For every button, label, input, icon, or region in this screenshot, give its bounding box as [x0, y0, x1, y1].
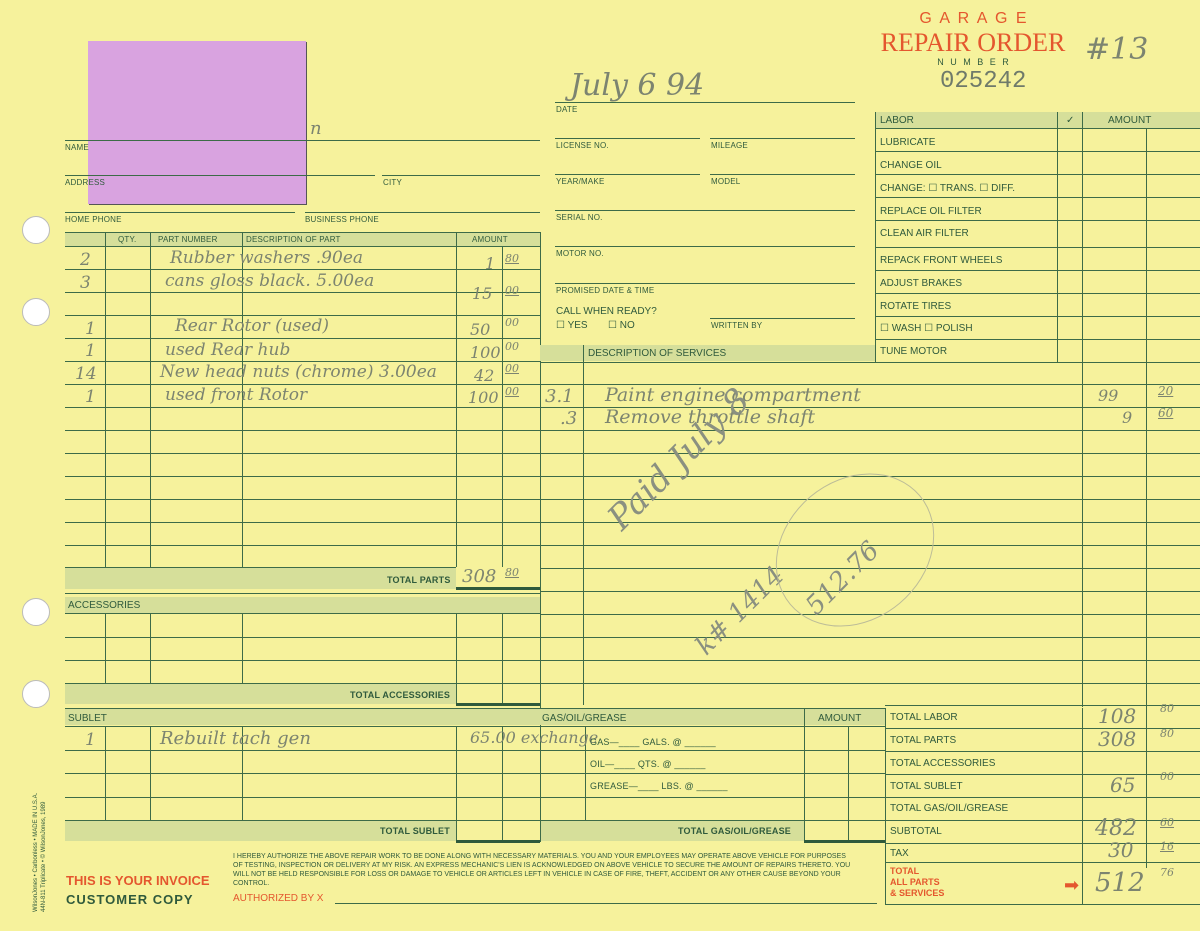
total-parts-label: TOTAL PARTS	[387, 575, 451, 585]
qty-cell: 1	[85, 730, 96, 750]
oil-line[interactable]: OIL—____ QTS. @ ______	[590, 759, 706, 769]
labor-header: LABOR	[880, 115, 914, 126]
grand-total-dollars: 512	[1095, 868, 1145, 898]
date-value[interactable]: July 6 94	[570, 68, 704, 103]
authorization-text: I HEREBY AUTHORIZE THE ABOVE REPAIR WORK…	[233, 852, 853, 888]
total-label: SUBTOTAL	[890, 826, 942, 837]
paid-circle	[745, 442, 965, 659]
arrow-right-icon: ➡	[1064, 875, 1079, 896]
grand-total-label-2: ALL PARTS	[890, 877, 944, 888]
description-cell: used front Rotor	[165, 385, 307, 405]
binder-hole	[22, 216, 50, 244]
written-by-label: WRITTEN BY	[711, 321, 762, 330]
name-value[interactable]: n	[310, 118, 322, 139]
total-label: TOTAL GAS/OIL/GREASE	[890, 803, 1008, 814]
yes-checkbox[interactable]: ☐ YES	[556, 320, 588, 331]
labor-item: LUBRICATE	[880, 137, 935, 148]
date-label: DATE	[556, 105, 578, 114]
number-label: N U M B E R	[876, 57, 1072, 67]
total-cents: 00	[1160, 770, 1174, 783]
qty-cell: 1	[85, 341, 96, 361]
business-phone-label: BUSINESS PHONE	[305, 215, 379, 224]
accessories-header: ACCESSORIES	[68, 600, 140, 611]
description-cell: New head nuts (chrome) 3.00ea	[160, 362, 437, 382]
check-number-note: k# 1414	[690, 561, 790, 661]
cents-cell: 00	[505, 316, 519, 329]
garage-label: G A R A G E	[876, 10, 1072, 28]
binder-hole	[22, 680, 50, 708]
labor-item: REPACK FRONT WHEELS	[880, 255, 1002, 266]
year-make-label: YEAR/MAKE	[556, 177, 604, 186]
handwritten-ref: #13	[1085, 32, 1148, 67]
binder-hole	[22, 298, 50, 326]
amount-header: AMOUNT	[472, 235, 508, 244]
grand-total-cents: 76	[1160, 866, 1174, 879]
total-parts-dollars: 308	[462, 566, 496, 587]
total-label: TOTAL ACCESSORIES	[890, 758, 995, 769]
description-cell: Rubber washers .90ea	[170, 248, 363, 268]
vendor-line-1: WilsonJones • Carbonless • MADE IN U.S.A…	[32, 793, 40, 912]
grand-total-label-1: TOTAL	[890, 866, 944, 877]
labor-item: CHANGE: ☐ TRANS. ☐ DIFF.	[880, 183, 1015, 194]
dollars-cell: 1	[485, 254, 495, 273]
model-label: MODEL	[711, 177, 740, 186]
amount-cell: 65.00 exchange	[470, 728, 598, 747]
hours-cell: 3.1	[545, 386, 574, 407]
form-title: REPAIR ORDER	[870, 28, 1076, 58]
promised-label: PROMISED DATE & TIME	[556, 286, 654, 295]
grand-total-label: TOTAL ALL PARTS & SERVICES	[890, 866, 944, 899]
qty-header: QTY.	[118, 235, 136, 244]
dollars-cell: 99	[1098, 386, 1118, 405]
grease-line[interactable]: GREASE—____ LBS. @ ______	[590, 781, 728, 791]
vendor-line-2: 44N-811 Triplicate • © WilsonJones, 1989	[40, 793, 48, 912]
labor-item: CLEAN AIR FILTER	[880, 228, 969, 239]
total-label: TOTAL PARTS	[890, 735, 956, 746]
total-parts-cents: 80	[505, 566, 519, 579]
dollars-cell: 100	[468, 388, 499, 407]
sublet-header: SUBLET	[68, 713, 107, 724]
name-label: NAME	[65, 143, 89, 152]
hours-cell: .3	[560, 408, 577, 429]
gas-oil-header: GAS/OIL/GREASE	[542, 713, 626, 724]
gas-amount-header: AMOUNT	[818, 713, 861, 724]
call-when-ready-label: CALL WHEN READY?	[556, 306, 657, 317]
total-dollars: 308	[1098, 727, 1136, 751]
labor-amount-header: AMOUNT	[1108, 115, 1151, 126]
labor-item: REPLACE OIL FILTER	[880, 206, 982, 217]
cents-cell: 20	[1158, 384, 1173, 398]
services-header: DESCRIPTION OF SERVICES	[588, 348, 726, 359]
gas-line[interactable]: GAS—____ GALS. @ ______	[590, 737, 716, 747]
total-cents: 80	[1160, 702, 1174, 715]
total-cents: 16	[1160, 840, 1174, 853]
cents-cell: 00	[505, 284, 519, 297]
cents-cell: 00	[505, 385, 519, 398]
total-cents: 80	[1160, 727, 1174, 740]
labor-item: CHANGE OIL	[880, 160, 942, 171]
grand-total-label-3: & SERVICES	[890, 888, 944, 899]
description-cell: Rebuilt tach gen	[160, 728, 311, 749]
qty-cell: 1	[85, 319, 96, 339]
total-label: TOTAL LABOR	[890, 712, 958, 723]
labor-item: ROTATE TIRES	[880, 301, 951, 312]
customer-copy-label: CUSTOMER COPY	[66, 892, 194, 907]
serial-label: SERIAL NO.	[556, 213, 603, 222]
total-dollars: 30	[1108, 838, 1133, 862]
description-cell: cans gloss black. 5.00ea	[165, 271, 374, 291]
qty-cell: 14	[75, 364, 97, 384]
cents-cell: 80	[505, 252, 519, 265]
total-label: TOTAL SUBLET	[890, 781, 963, 792]
redaction-sticker	[88, 41, 306, 204]
qty-cell: 2	[80, 250, 91, 270]
binder-hole	[22, 598, 50, 626]
mileage-label: MILEAGE	[711, 141, 748, 150]
authorized-by-label: AUTHORIZED BY X	[233, 893, 323, 904]
part-number-header: PART NUMBER	[158, 235, 218, 244]
license-label: LICENSE NO.	[556, 141, 609, 150]
total-dollars: 65	[1110, 773, 1135, 797]
dollars-cell: 100	[470, 343, 501, 362]
total-dollars: 108	[1098, 704, 1136, 728]
dollars-cell: 15	[472, 284, 492, 303]
invoice-label: THIS IS YOUR INVOICE	[66, 873, 210, 888]
labor-item: ADJUST BRAKES	[880, 278, 962, 289]
qty-cell: 3	[80, 273, 91, 293]
order-number: 025242	[940, 68, 1026, 95]
motor-label: MOTOR NO.	[556, 249, 604, 258]
description-cell: Rear Rotor (used)	[175, 316, 329, 336]
cents-cell: 60	[1158, 406, 1173, 420]
city-label: CITY	[383, 178, 402, 187]
dollars-cell: 9	[1122, 408, 1132, 427]
description-header: DESCRIPTION OF PART	[246, 235, 341, 244]
dollars-cell: 42	[474, 366, 494, 385]
labor-item: TUNE MOTOR	[880, 346, 947, 357]
qty-cell: 1	[85, 387, 96, 407]
no-checkbox[interactable]: ☐ NO	[608, 320, 635, 331]
address-label: ADDRESS	[65, 178, 105, 187]
cents-cell: 00	[505, 340, 519, 353]
vendor-imprint: WilsonJones • Carbonless • MADE IN U.S.A…	[32, 793, 48, 912]
cents-cell: 00	[505, 362, 519, 375]
total-label: TAX	[890, 848, 909, 859]
home-phone-label: HOME PHONE	[65, 215, 122, 224]
labor-item: ☐ WASH ☐ POLISH	[880, 323, 973, 334]
dollars-cell: 50	[470, 320, 490, 339]
check-header: ✓	[1066, 115, 1074, 126]
total-cents: 60	[1160, 816, 1174, 829]
total-gas-oil-label: TOTAL GAS/OIL/GREASE	[678, 826, 791, 836]
description-cell: used Rear hub	[165, 340, 290, 360]
total-accessories-label: TOTAL ACCESSORIES	[350, 690, 450, 700]
total-sublet-label: TOTAL SUBLET	[380, 826, 450, 836]
